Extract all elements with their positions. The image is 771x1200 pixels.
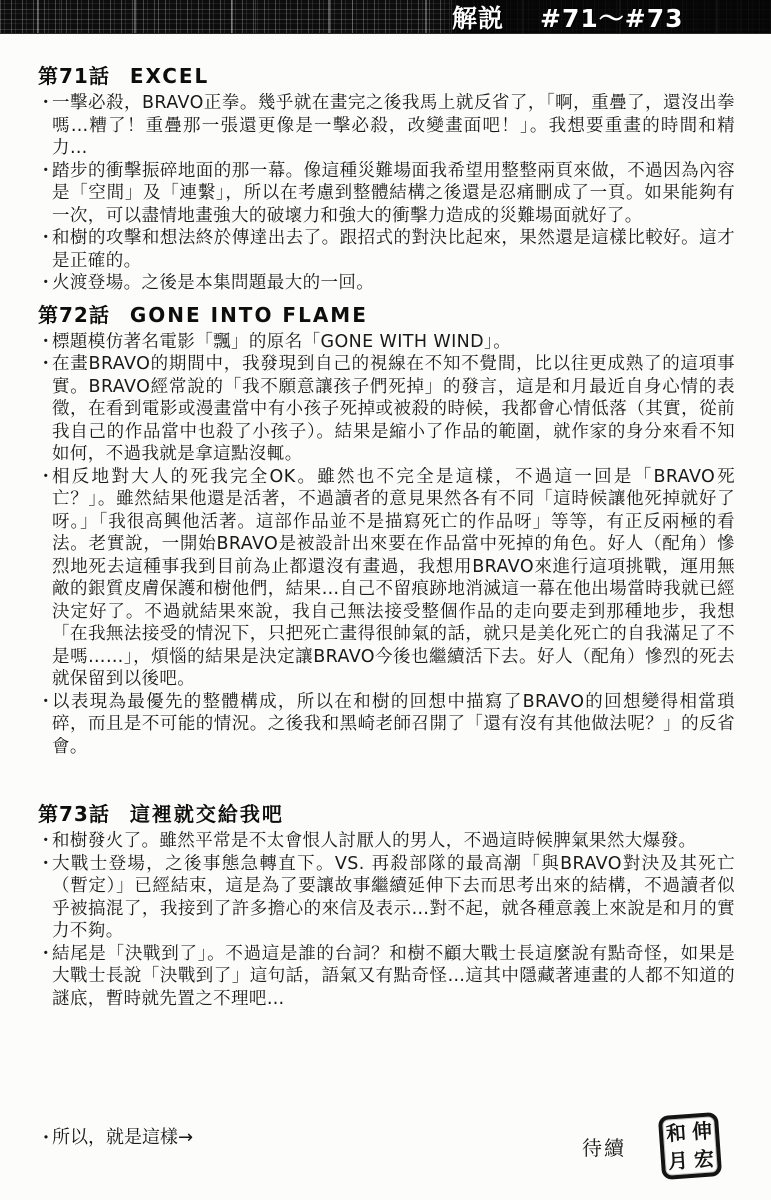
chapter-number-label: 第73話 — [38, 798, 110, 827]
bullet-marker: ・ — [37, 853, 55, 876]
bullet-text: 以表現為最優先的整體構成，所以在和樹的回想中描寫了BRAVO的回想變得相當瑣碎，… — [52, 692, 735, 757]
bullet-marker: ・ — [37, 353, 55, 376]
seal-char: 伸 — [688, 1116, 716, 1146]
bullet-item: ・ 在畫BRAVO的期間中，我發現到自己的視線在不知不覺間，比以往更成熟了的這項… — [38, 353, 735, 466]
section-title: EXCEL — [130, 64, 209, 88]
author-seal: 和 伸 月 宏 — [658, 1112, 722, 1180]
section-71: 第71話 EXCEL ・ 一擊必殺，BRAVO正拳。幾乎就在畫完之後我馬上就反省… — [38, 60, 735, 295]
header-chapter-range: #71～#73 — [540, 0, 683, 35]
bullet-item: ・ 和樹的攻擊和想法終於傳達出去了。跟招式的對決比起來，果然還是這樣比較好。這才… — [38, 227, 735, 272]
bullet-item: ・ 相反地對大人的死我完全OK。雖然也不完全是這樣，不過這一回是「BRAVO死亡… — [38, 466, 735, 691]
section-73-heading: 第73話 這裡就交給我吧 — [38, 798, 735, 827]
section-71-heading: 第71話 EXCEL — [38, 60, 735, 89]
chapter-number-label: 第71話 — [38, 60, 110, 89]
bullet-text: 和樹發火了。雖然平常是不太會恨人討厭人的男人，不過這時候脾氣果然大爆發。 — [52, 831, 696, 851]
section-title: 這裡就交給我吧 — [130, 798, 284, 827]
bullet-marker: ・ — [37, 466, 55, 489]
header-title-label: 解説 — [452, 0, 504, 35]
bullet-item: ・ 以表現為最優先的整體構成，所以在和樹的回想中描寫了BRAVO的回想變得相當瑣… — [38, 691, 735, 759]
bullet-item: ・ 標題模仿著名電影「飄」的原名「GONE WITH WIND」。 — [38, 331, 735, 354]
header-bar: 解説 #71～#73 — [0, 0, 771, 34]
bullet-marker: ・ — [37, 160, 55, 183]
bullet-text: 在畫BRAVO的期間中，我發現到自己的視線在不知不覺間，比以往更成熟了的這項事實… — [52, 354, 735, 464]
page-title: 解説 #71～#73 — [452, 0, 684, 33]
bullet-text: 相反地對大人的死我完全OK。雖然也不完全是這樣，不過這一回是「BRAVO死亡？」… — [52, 467, 735, 690]
to-be-continued-label: 待續 — [582, 1132, 626, 1161]
closing-text: 所以，就是這樣→ — [52, 1127, 193, 1148]
bullet-text: 和樹的攻擊和想法終於傳達出去了。跟招式的對決比起來，果然還是這樣比較好。這才是正… — [52, 228, 735, 271]
bullet-item: ・ 大戰士登場，之後事態急轉直下。VS. 再殺部隊的最高潮「與BRAVO對決及其… — [38, 853, 735, 943]
bullet-marker: ・ — [37, 272, 55, 295]
bullet-marker: ・ — [37, 691, 55, 714]
scanned-commentary-page: 解説 #71～#73 第71話 EXCEL ・ 一擊必殺，BRAVO正拳。幾乎就… — [0, 0, 771, 1200]
section-72: 第72話 GONE INTO FLAME ・ 標題模仿著名電影「飄」的原名「GO… — [38, 299, 735, 759]
bullet-text: 踏步的衝擊振碎地面的那一幕。像這種災難場面我希望用整整兩頁來做，不過因為內容是「… — [52, 161, 735, 226]
bullet-text: 結尾是「決戰到了」。不過這是誰的台詞？和樹不顧大戰士長這麼說有點奇怪，如果是大戰… — [52, 944, 735, 1009]
bullet-item: ・ 一擊必殺，BRAVO正拳。幾乎就在畫完之後我馬上就反省了，「啊，重疊了，還沒… — [38, 92, 735, 160]
chapter-number-label: 第72話 — [38, 299, 110, 328]
bullet-text: 火渡登場。之後是本集問題最大的一回。 — [52, 273, 374, 293]
bullet-marker: ・ — [37, 943, 55, 966]
bullet-text: 標題模仿著名電影「飄」的原名「GONE WITH WIND」。 — [52, 332, 511, 352]
bullet-marker: ・ — [37, 227, 55, 250]
bullet-item: ・ 踏步的衝擊振碎地面的那一幕。像這種災難場面我希望用整整兩頁來做，不過因為內容… — [38, 160, 735, 228]
bullet-item: ・ 和樹發火了。雖然平常是不太會恨人討厭人的男人，不過這時候脾氣果然大爆發。 — [38, 830, 735, 853]
section-title: GONE INTO FLAME — [130, 303, 368, 327]
bullet-text: 一擊必殺，BRAVO正拳。幾乎就在畫完之後我馬上就反省了，「啊，重疊了，還沒出拳… — [52, 93, 735, 158]
section-73: 第73話 這裡就交給我吧 ・ 和樹發火了。雖然平常是不太會恨人討厭人的男人，不過… — [38, 798, 735, 1010]
bullet-marker: ・ — [37, 1127, 55, 1151]
seal-char: 宏 — [690, 1144, 718, 1174]
bullet-item: ・ 結尾是「決戰到了」。不過這是誰的台詞？和樹不顧大戰士長這麼說有點奇怪，如果是… — [38, 943, 735, 1011]
seal-char: 和 — [662, 1118, 690, 1148]
closing-line: ・ 所以，就是這樣→ — [38, 1126, 193, 1150]
seal-char: 月 — [664, 1146, 692, 1176]
bullet-text: 大戰士登場，之後事態急轉直下。VS. 再殺部隊的最高潮「與BRAVO對決及其死亡… — [52, 854, 735, 942]
bullet-marker: ・ — [37, 92, 55, 115]
section-72-heading: 第72話 GONE INTO FLAME — [38, 299, 735, 328]
bullet-marker: ・ — [37, 830, 55, 853]
commentary-content: 第71話 EXCEL ・ 一擊必殺，BRAVO正拳。幾乎就在畫完之後我馬上就反省… — [38, 56, 735, 1010]
bullet-item: ・ 火渡登場。之後是本集問題最大的一回。 — [38, 272, 735, 295]
bullet-marker: ・ — [37, 331, 55, 354]
